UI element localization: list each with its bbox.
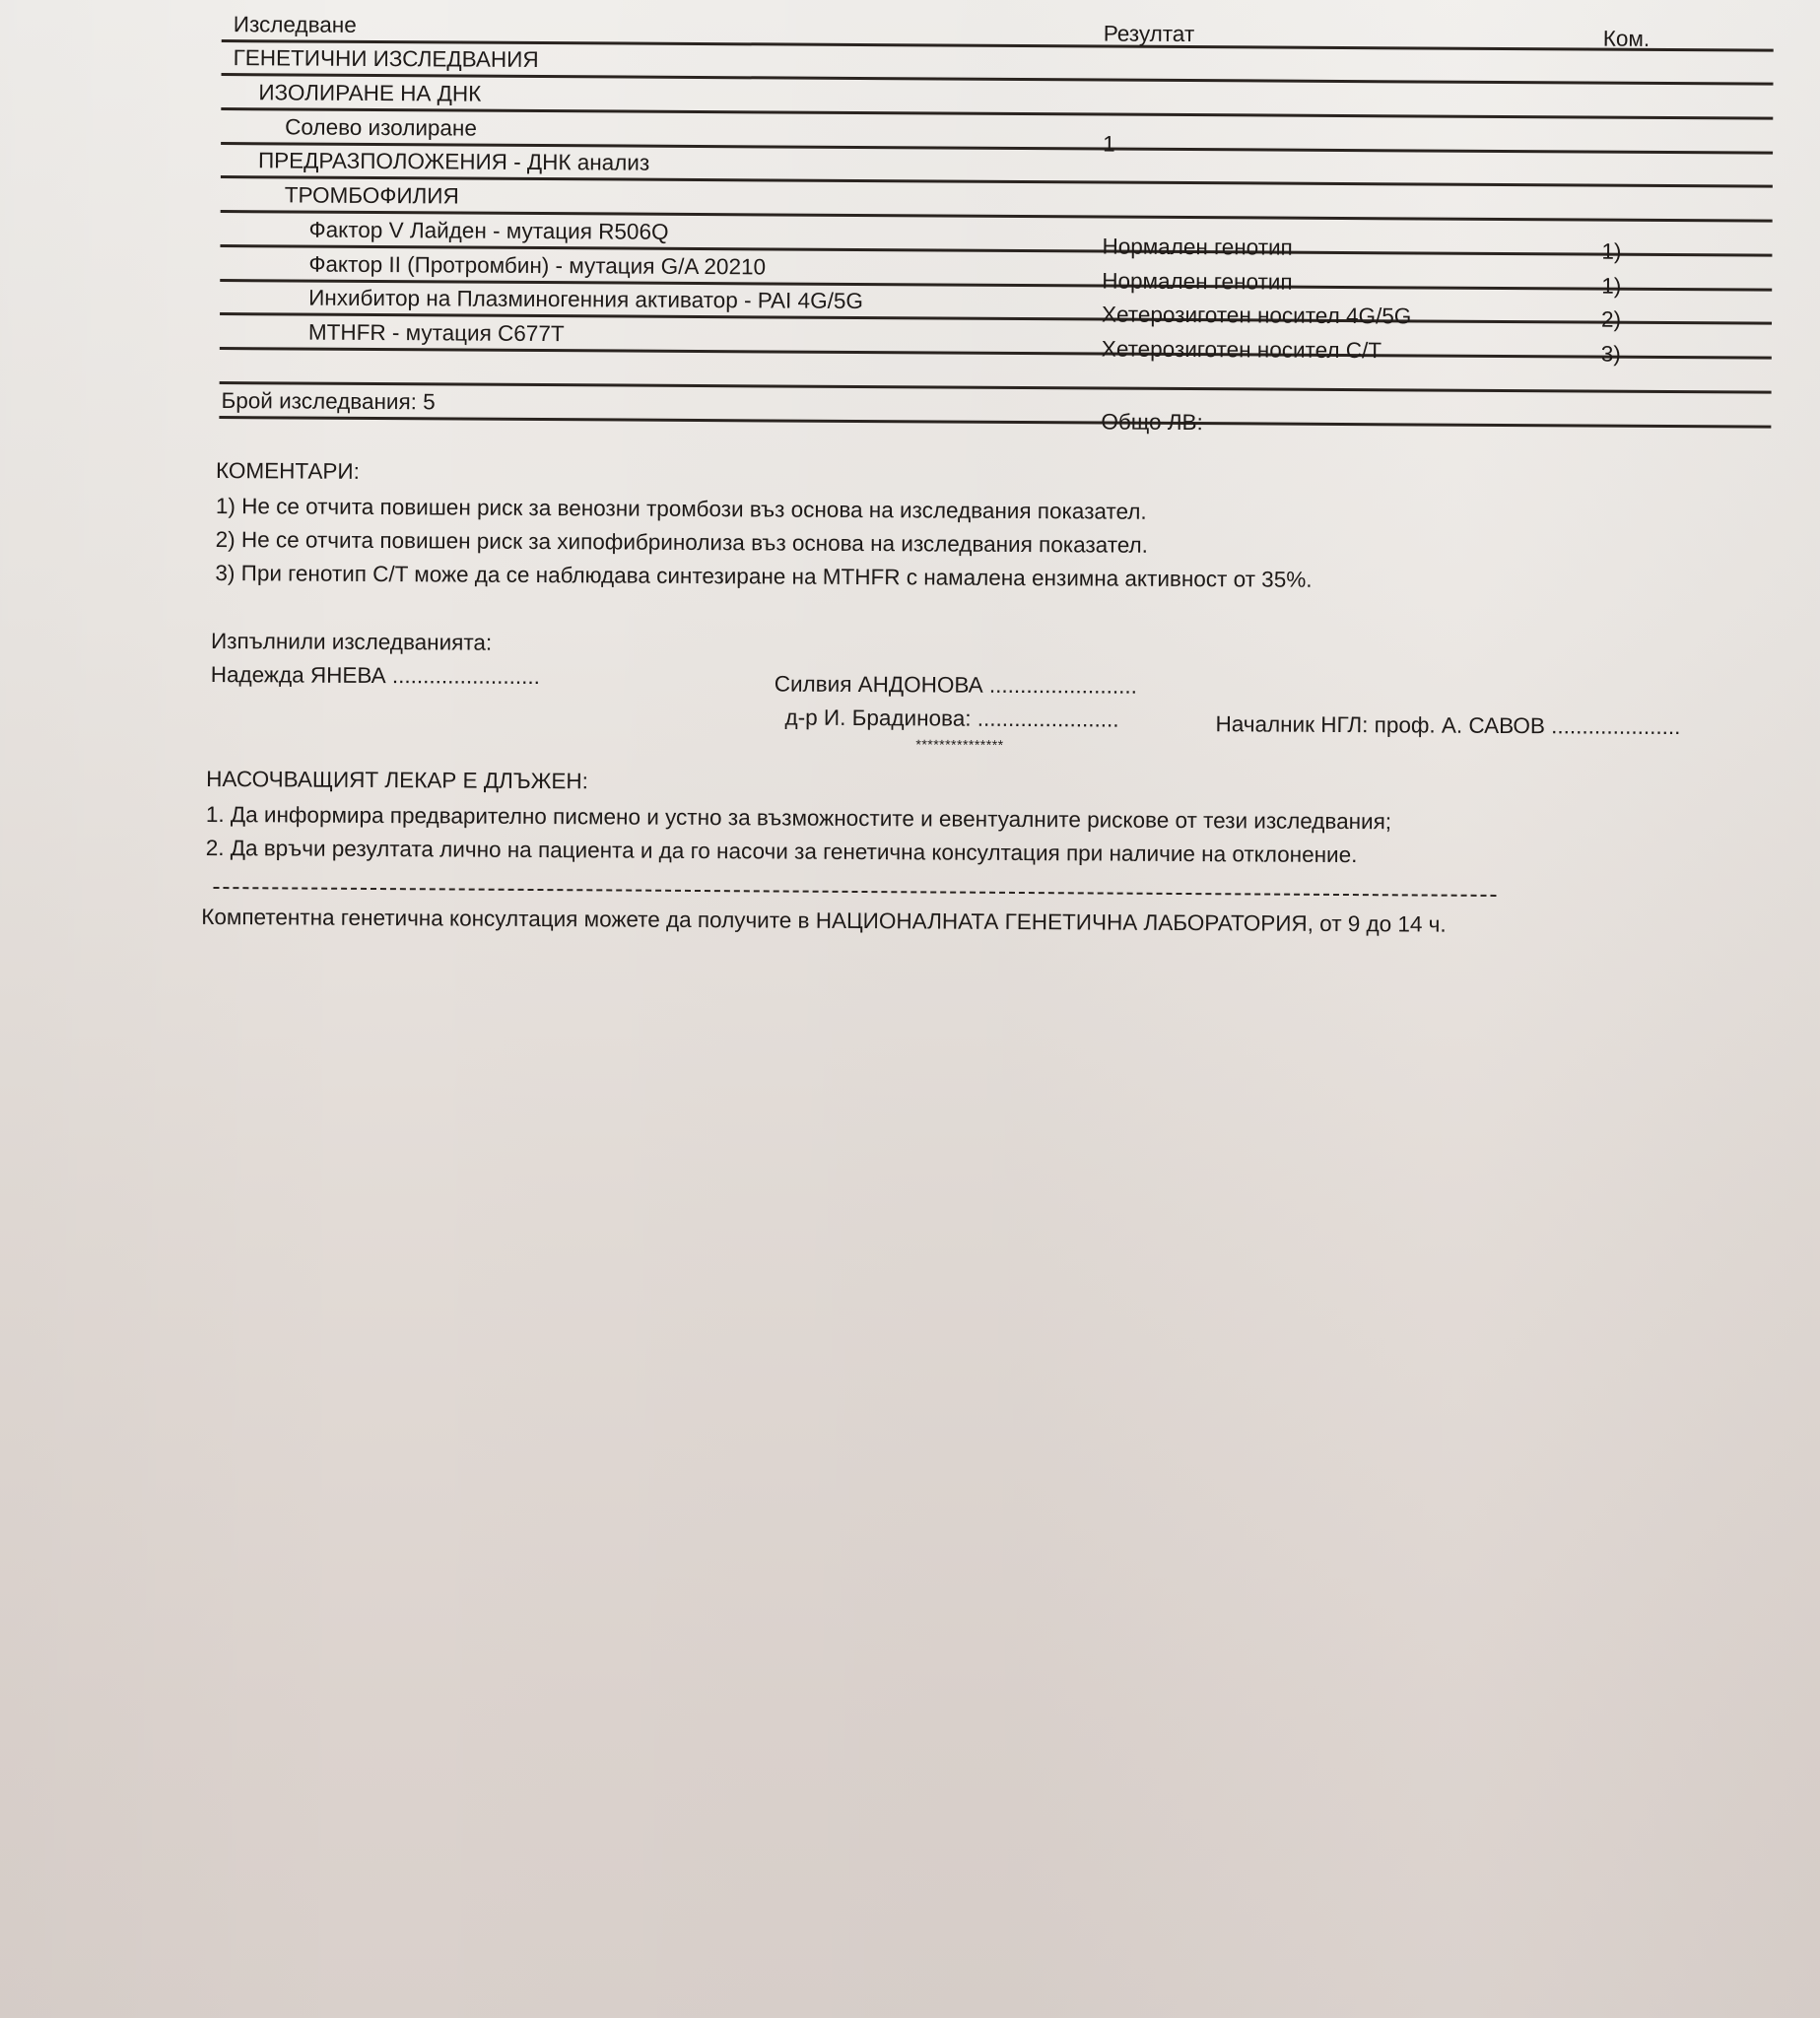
row-test-name: ПРЕДРАЗПОЛОЖЕНИЯ - ДНК анализ bbox=[258, 149, 649, 176]
signature-head-savov: Началник НГЛ: проф. А. САВОВ ...........… bbox=[1215, 711, 1680, 740]
row-test-name: Солево изолиране bbox=[285, 114, 477, 141]
row-test-name: ИЗОЛИРАНЕ НА ДНК bbox=[258, 80, 481, 106]
row-test-name: Фактор V Лайден - мутация R506Q bbox=[308, 217, 668, 244]
signature-bradinova: д-р И. Брадинова: ......................… bbox=[784, 706, 1118, 733]
duty-item: 2. Да връчи резултата лично на пациента … bbox=[206, 836, 1391, 868]
performers-section: Изпълнили изследванията: Надежда ЯНЕВА .… bbox=[210, 629, 1787, 767]
performers-title: Изпълнили изследванията: bbox=[211, 629, 492, 656]
comment-item: 1) Не се отчита повишен риск за венозни … bbox=[216, 494, 1313, 526]
separator-stars: *************** bbox=[915, 736, 1003, 753]
paper-page: Изследване Резултат Ком. ГЕНЕТИЧНИ ИЗСЛЕ… bbox=[0, 0, 1820, 2018]
signature-yaneva: Надежда ЯНЕВА ........................ bbox=[211, 662, 540, 690]
row-test-name: ГЕНЕТИЧНИ ИЗСЛЕДВАНИЯ bbox=[234, 45, 539, 73]
test-count: Брой изследвания: 5 bbox=[221, 388, 435, 415]
signature-andonova: Силвия АНДОНОВА ........................ bbox=[775, 671, 1137, 699]
header-comment: Ком. bbox=[1603, 26, 1651, 51]
comment-item: 2) Не се отчита повишен риск за хипофибр… bbox=[216, 527, 1313, 560]
row-test-name: ТРОМБОФИЛИЯ bbox=[285, 183, 459, 210]
table-body: ГЕНЕТИЧНИ ИЗСЛЕДВАНИЯИЗОЛИРАНЕ НА ДНКСол… bbox=[220, 42, 1774, 360]
lab-report-document: Изследване Резултат Ком. ГЕНЕТИЧНИ ИЗСЛЕ… bbox=[0, 0, 1820, 10]
duty-item: 1. Да информира предварително писмено и … bbox=[206, 802, 1391, 835]
results-table: Изследване Резултат Ком. ГЕНЕТИЧНИ ИЗСЛЕ… bbox=[219, 8, 1774, 428]
footer-note: Компетентна генетична консултация можете… bbox=[201, 905, 1447, 938]
header-result: Резултат bbox=[1104, 21, 1195, 47]
total-price: Общо ЛВ: bbox=[1101, 409, 1203, 436]
row-test-name: Фактор II (Протромбин) - мутация G/A 202… bbox=[308, 251, 766, 280]
dashed-divider bbox=[213, 887, 1496, 897]
comments-section: КОМЕНТАРИ: 1) Не се отчита повишен риск … bbox=[215, 458, 1313, 601]
comments-title: КОМЕНТАРИ: bbox=[216, 458, 1313, 491]
doctor-duties-section: НАСОЧВАЩИЯТ ЛЕКАР Е ДЛЪЖЕН: 1. Да информ… bbox=[206, 767, 1392, 876]
comment-item: 3) При генотип C/T може да се наблюдава … bbox=[215, 561, 1312, 593]
row-test-name: MTHFR - мутация C677T bbox=[308, 319, 565, 347]
doctor-duties-title: НАСОЧВАЩИЯТ ЛЕКАР Е ДЛЪЖЕН: bbox=[206, 767, 1391, 799]
header-test: Изследване bbox=[234, 12, 357, 38]
row-test-name: Инхибитор на Плазминогенния активатор - … bbox=[308, 286, 863, 314]
